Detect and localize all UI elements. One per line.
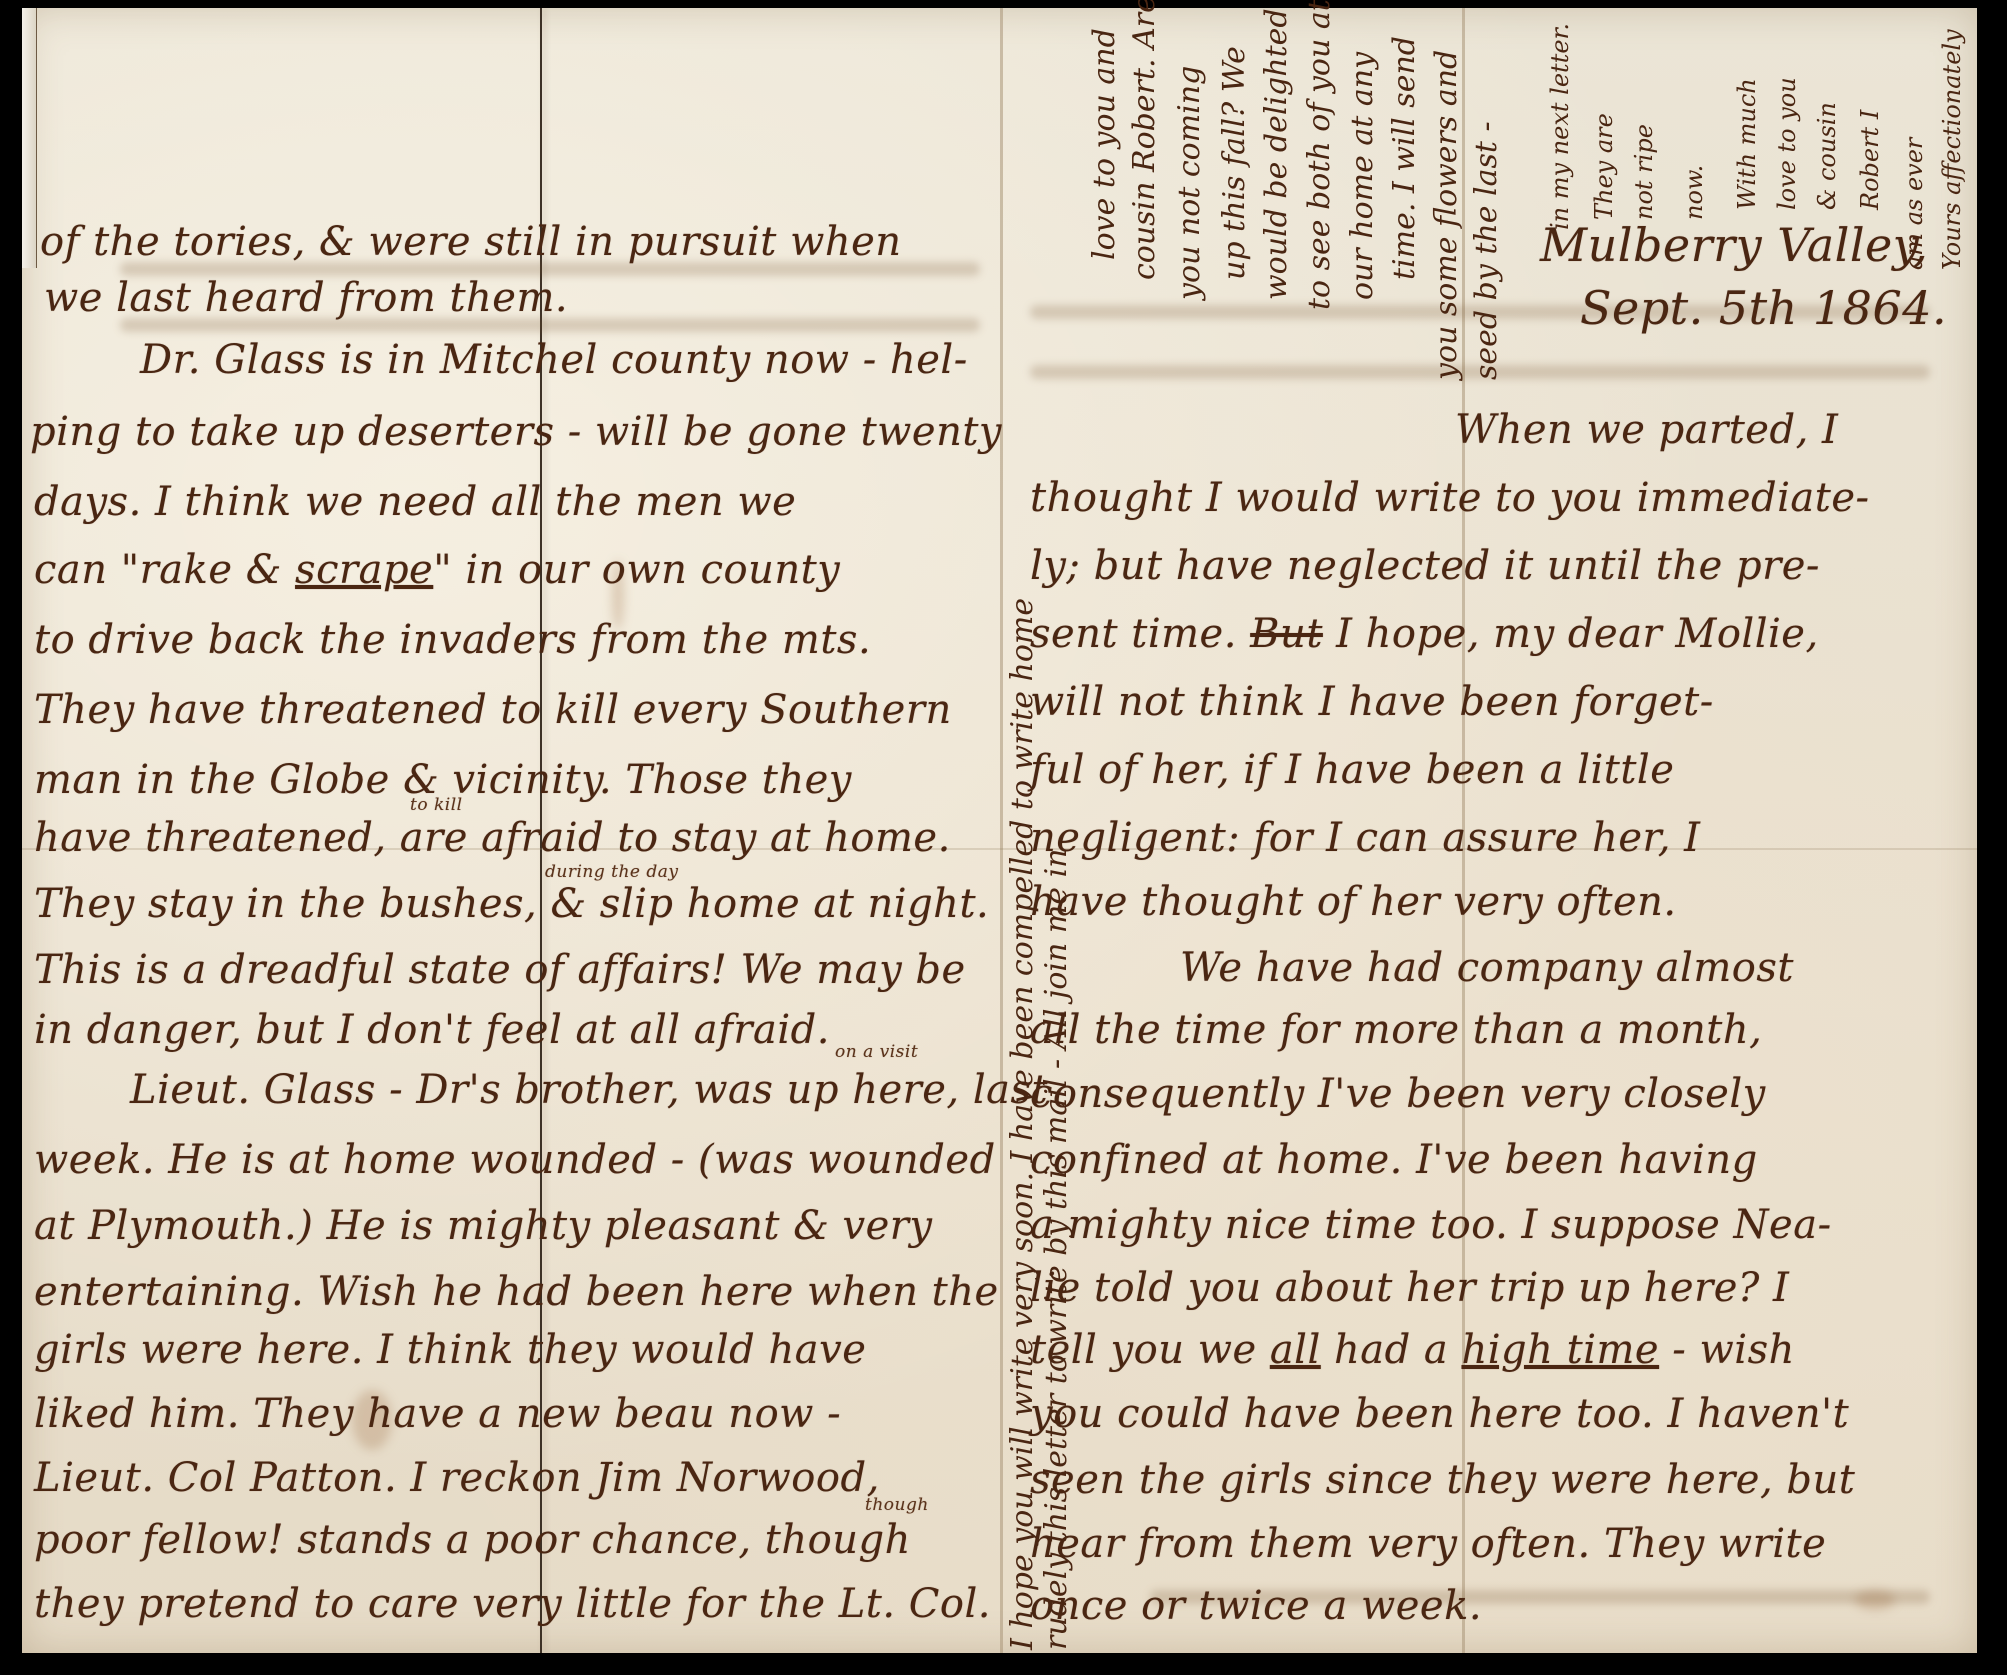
closing-note-vertical: & cousin (1815, 20, 1839, 210)
letter-line: days. I think we need all the men we (34, 482, 796, 522)
letter-line: a mighty nice time too. I suppose Nea- (1030, 1205, 1832, 1245)
underlined-word: scrape (295, 547, 433, 593)
letter-line: ping to take up deserters - will be gone… (30, 412, 1002, 452)
struck-word: But (1250, 611, 1323, 657)
letter-line: once or twice a week. (1030, 1586, 1482, 1626)
fold-line-center (1000, 8, 1003, 1653)
letter-line: ful of her, if I have been a little (1030, 750, 1674, 790)
text-fragment: - wish (1659, 1327, 1795, 1373)
letter-line: have threatened, are afraid to stay at h… (34, 818, 951, 858)
letter-line: poor fellow! stands a poor chance, thoug… (34, 1520, 911, 1560)
text-fragment: had a (1321, 1327, 1462, 1373)
letter-line: all the time for more than a month, (1030, 1010, 1762, 1050)
insertion-note: though (865, 1495, 929, 1515)
torn-paper-edge (22, 8, 37, 268)
insertion-note: on a visit (835, 1042, 918, 1062)
closing-note-vertical: They are (1592, 20, 1616, 220)
margin-note-vertical: in my next letter. (1548, 40, 1572, 230)
letter-line: will not think I have been forget- (1030, 682, 1714, 722)
letter-date: Sept. 5th 1864. (1580, 285, 1947, 331)
letter-line: to drive back the invaders from the mts. (34, 620, 871, 660)
letter-line: They stay in the bushes, & slip home at … (34, 884, 989, 924)
letter-line: entertaining. Wish he had been here when… (34, 1272, 999, 1312)
letter-line: thought I would write to you immediate- (1030, 478, 1870, 518)
letter-line: When we parted, I (1455, 410, 1838, 450)
insertion-note: to kill (410, 795, 463, 815)
letter-line: girls were here. I think they would have (34, 1330, 866, 1370)
letter-line: confined at home. I've been having (1030, 1140, 1758, 1180)
margin-note-vertical: cousin Robert. Are (1130, 20, 1160, 280)
closing-note-vertical: With much (1735, 10, 1759, 210)
letter-line: man in the Globe & vicinity. Those they (34, 760, 852, 800)
letter-line: This is a dreadful state of affairs! We … (34, 950, 966, 990)
text-fragment: I hope, my dear Mollie, (1323, 611, 1819, 657)
closing-note-vertical: Yours affectionately (1940, 10, 1964, 270)
letter-line: hear from them very often. They write (1030, 1524, 1826, 1564)
letter-line: of the tories, & were still in pursuit w… (40, 222, 902, 262)
letter-line: in danger, but I don't feel at all afrai… (34, 1010, 830, 1050)
margin-note-vertical: seed by the last - (1472, 20, 1502, 380)
closing-note-vertical: Robert I (1858, 20, 1882, 210)
closing-note-vertical: not ripe (1632, 20, 1656, 220)
margin-note-vertical: love to you and (1090, 20, 1120, 260)
letter-line: week. He is at home wounded - (was wound… (34, 1140, 996, 1180)
letter-line: ly; but have neglected it until the pre- (1030, 546, 1820, 586)
closing-note-vertical: love to you (1775, 20, 1799, 210)
margin-note-vertical: up this fall? We (1220, 20, 1250, 280)
letter-line: at Plymouth.) He is mighty pleasant & ve… (34, 1206, 933, 1246)
letter-line: liked him. They have a new beau now - (34, 1394, 841, 1434)
letter-line: lie told you about her trip up here? I (1030, 1268, 1789, 1308)
letter-line: We have had company almost (1180, 948, 1794, 988)
letter-line: can "rake & scrape" in our own county (34, 550, 840, 590)
margin-note-vertical: you some flowers and (1432, 20, 1462, 380)
letter-line: tell you we all had a high time - wish (1030, 1330, 1795, 1370)
letter-line: Lieut. Glass - Dr's brother, was up here… (130, 1070, 1048, 1110)
margin-note-vertical: would be delighted (1262, 20, 1292, 300)
margin-note-vertical: time. I will send (1390, 20, 1420, 280)
letter-line: negligent: for I can assure her, I (1030, 818, 1700, 858)
letter-line: you could have been here too. I haven't (1030, 1394, 1849, 1434)
underlined-word: all (1270, 1327, 1321, 1373)
text-fragment: can "rake & (34, 547, 295, 593)
margin-note-vertical: you not coming (1175, 20, 1205, 300)
margin-note-vertical: to see both of you at (1305, 20, 1335, 310)
text-fragment: " in our own county (433, 547, 840, 593)
letter-line: Dr. Glass is in Mitchel county now - hel… (140, 340, 968, 380)
letter-place: Mulberry Valley, (1540, 222, 1928, 268)
letter-line: they pretend to care very little for the… (34, 1584, 991, 1624)
closing-note-vertical: now. (1682, 80, 1706, 220)
text-fragment: sent time. (1030, 611, 1250, 657)
text-fragment: tell you we (1030, 1327, 1270, 1373)
margin-note-vertical: our home at any (1348, 20, 1378, 300)
letter-line: sent time. But I hope, my dear Mollie, (1030, 614, 1819, 654)
insertion-note: during the day (545, 862, 679, 882)
letter-line: They have threatened to kill every South… (34, 690, 952, 730)
letter-line: Lieut. Col Patton. I reckon Jim Norwood, (34, 1458, 880, 1498)
letter-line: we last heard from them. (44, 278, 568, 318)
letter-line: have thought of her very often. (1030, 882, 1677, 922)
letter-line: consequently I've been very closely (1030, 1074, 1766, 1114)
letter-line: seen the girls since they were here, but (1030, 1460, 1855, 1500)
underlined-word: high time (1461, 1327, 1659, 1373)
